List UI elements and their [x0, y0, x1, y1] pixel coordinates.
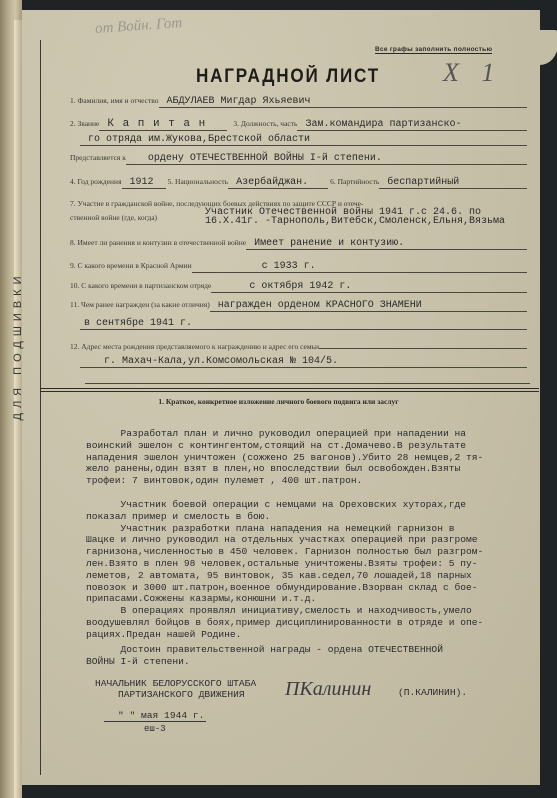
rank-value: К а п и т а н [99, 118, 227, 131]
field-label: 3. Должность, часть [233, 119, 297, 128]
position-value-cont: го отряда им.Жукова,Брестской области [80, 134, 527, 146]
field-previous-awards: 11. Чем ранее награжден (за какие отличи… [70, 300, 527, 312]
binding-margin-line [40, 40, 41, 775]
citation-conclusion: Достоин правительственной награды - орде… [86, 644, 534, 668]
nationality-value: Азербайджан. [228, 177, 328, 189]
partisan-value: с октября 1942 г. [211, 281, 527, 293]
field-label: 4. Год рождения [70, 177, 122, 186]
field-label: 9. С какого времени в Красной Армии [70, 261, 192, 270]
previous-awards-value-cont: в сентябре 1941 г. [80, 318, 527, 330]
signatory-name: (П.КАЛИНИН). [398, 687, 467, 698]
field-label: 10. С какого времени в партизанском отря… [70, 281, 211, 290]
field-underline [319, 348, 527, 349]
party-value: беспартийный [379, 177, 527, 189]
document-code: еш-3 [144, 724, 166, 734]
field-label: 11. Чем ранее награжден (за какие отличи… [70, 300, 210, 309]
handwritten-mark: X 1 [443, 58, 502, 88]
citation-paragraph-1: Разработал план и лично руководил операц… [86, 428, 534, 487]
field-presented-to: Представляется к ордену ОТЕЧЕСТВЕННОЙ ВО… [70, 153, 527, 165]
blank-underline [85, 383, 530, 384]
handwritten-signature: ПКалинин [285, 678, 371, 701]
document-title: НАГРАДНОЙ ЛИСТ [196, 66, 380, 88]
address-value: г. Махач-Кала,ул.Комсомольская № 104/5. [80, 356, 527, 368]
field-partisan-since: 10. С какого времени в партизанском отря… [70, 281, 527, 293]
war-participation-line2: 16.X.41г. -Тарнополь,Витебск,Смоленск,Ел… [205, 216, 505, 227]
section-divider [40, 391, 539, 392]
section-heading: 1. Краткое, конкретное изложение личного… [0, 397, 557, 406]
field-previous-awards-cont: в сентябре 1941 г. [80, 318, 527, 330]
field-address: г. Махач-Кала,ул.Комсомольская № 104/5. [80, 356, 527, 368]
field-red-army-since: 9. С какого времени в Красной Армии с 19… [70, 261, 527, 273]
signatory-position-line2: ПАРТИЗАНСКОГО ДВИЖЕНИЯ [118, 689, 245, 700]
field-label: 1. Фамилия, имя и отчество [70, 96, 159, 105]
field-rank-position: 2. Звание К а п и т а н 3. Должность, ча… [70, 118, 527, 131]
field-label: 2. Звание [70, 119, 99, 128]
signatory-position-line1: НАЧАЛЬНИК БЕЛОРУССКОГО ШТАБА [95, 678, 256, 689]
field-label: 5. Национальность [168, 177, 229, 186]
wounds-value: Имеет ранение и контузию. [246, 238, 527, 250]
field-label: 12. Адрес места рождения представляемого… [70, 342, 319, 351]
field-wounds: 8. Имеет ли ранения и контузии в отечест… [70, 238, 527, 250]
field-value: АБДУЛАЕВ Мигдар Яхьяевич [159, 96, 527, 108]
field-label: 8. Имеет ли ранения и контузии в отечест… [70, 238, 246, 247]
field-war-participation: ственной войне (где, когда) Участник Оте… [70, 213, 527, 222]
position-value: Зам.командира партизанско- [297, 119, 527, 131]
document-date: " " мая 1944 г. [104, 710, 206, 722]
field-position-cont: го отряда им.Жукова,Брестской области [80, 134, 527, 146]
red-army-value: с 1933 г. [192, 261, 527, 273]
field-label: 6. Партийность [330, 177, 379, 186]
section-divider [40, 388, 539, 389]
torn-corner [528, 30, 557, 65]
field-label: Представляется к [70, 153, 126, 162]
birth-year-value: 1912 [122, 177, 166, 189]
fill-instruction: Все графы заполнить полностью [375, 46, 492, 54]
award-value: ордену ОТЕЧЕСТВЕННОЙ ВОЙНЫ I-й степени. [126, 153, 527, 165]
field-label: ственной войне (где, когда) [70, 213, 157, 222]
field-birth-nationality-party: 4. Год рождения 1912 5. Национальность А… [70, 177, 527, 189]
citation-paragraph-2: Участник боевой операции с немцами на Ор… [86, 499, 534, 641]
field-address-label: 12. Адрес места рождения представляемого… [70, 342, 527, 351]
previous-awards-value: награжден орденом КРАСНОГО ЗНАМЕНИ [210, 300, 527, 312]
field-full-name: 1. Фамилия, имя и отчество АБДУЛАЕВ Мигд… [70, 96, 527, 108]
